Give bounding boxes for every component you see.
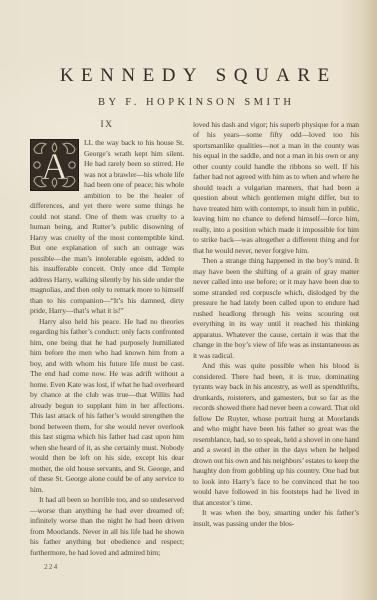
text-columns: IX A: [30, 120, 359, 572]
page-content: KENNEDY SQUARE BY F. HOPKINSON SMITH IX: [30, 0, 359, 571]
paragraph: And this was quite possible when his blo…: [193, 361, 359, 508]
left-column: IX A: [30, 120, 184, 572]
paragraph: Harry also held his peace. He had no the…: [30, 317, 184, 496]
paragraph: It was when the boy, smarting under his …: [193, 508, 359, 529]
page-number: 224: [30, 562, 184, 571]
paragraph: A LL the way back to his house St. Georg…: [30, 138, 184, 317]
paragraph: loved his dash and vigor; his superb phy…: [193, 120, 359, 257]
paragraph: It had all been so horrible too, and so …: [30, 495, 184, 558]
page-title: KENNEDY SQUARE: [30, 66, 359, 85]
paragraph: Then a strange thing happened in the boy…: [193, 256, 359, 361]
chapter-heading: IX: [30, 120, 184, 131]
author-byline: BY F. HOPKINSON SMITH: [30, 98, 359, 109]
book-page: KENNEDY SQUARE BY F. HOPKINSON SMITH IX: [0, 0, 377, 600]
right-column: loved his dash and vigor; his superb phy…: [193, 120, 359, 572]
drop-cap-initial: A: [30, 139, 79, 191]
drop-cap-letter: A: [41, 146, 69, 188]
